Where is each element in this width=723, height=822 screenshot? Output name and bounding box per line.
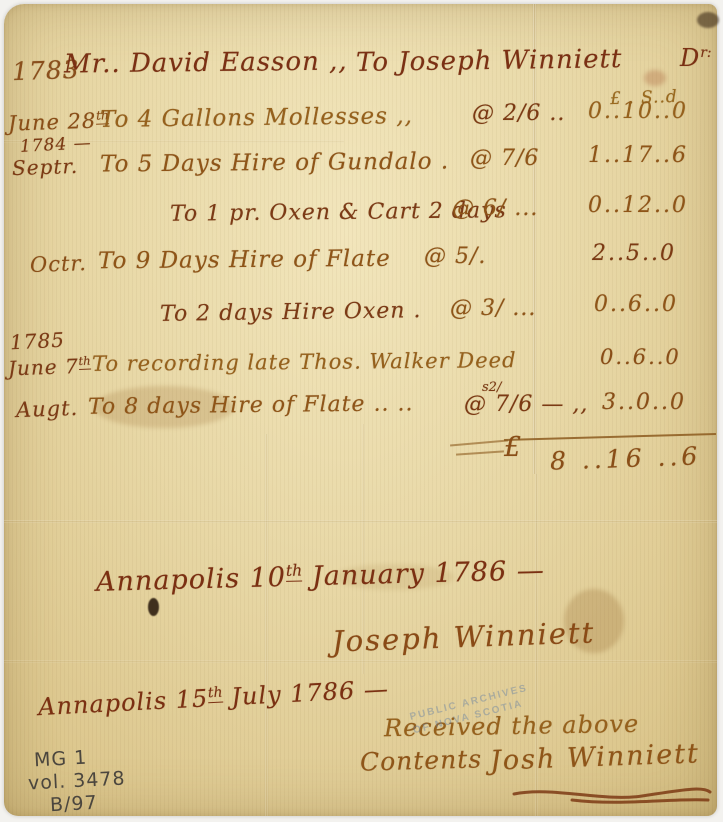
- entry-date: June 28th: [8, 108, 110, 136]
- document-paper: 1783 Mr.. David Easson ,, To Joseph Winn…: [4, 4, 717, 816]
- entry-amount: 3..0..0: [602, 390, 686, 415]
- total-amount: 8 ..16 ..6: [550, 441, 702, 475]
- total-dash: [456, 450, 504, 455]
- entry-desc: To 8 days Hire of Flate .. ..: [88, 391, 414, 419]
- archival-ref-volume: vol. 3478: [27, 767, 126, 794]
- entry-rate: @ 2/6 ..: [472, 101, 565, 126]
- entry-rate: @ 6/ ...: [452, 196, 538, 221]
- signature-josh-winniett: Josh Winniett: [490, 738, 701, 776]
- entry-rate: @ 7/6: [470, 146, 539, 171]
- entry-year: 1785: [9, 328, 65, 355]
- entry-year: 1784 —: [20, 133, 93, 157]
- entry-desc: To 5 Days Hire of Gundalo .: [100, 148, 449, 177]
- debtor-name: Mr.. David Easson ,,: [64, 47, 348, 80]
- dateline-july-1786: Annapolis 15th July 1786 —: [38, 675, 390, 721]
- corner-mark: [697, 12, 719, 28]
- dr-abbrev: Dr:: [680, 44, 712, 72]
- stain: [644, 70, 666, 86]
- archival-ref-collection: MG 1: [33, 747, 87, 772]
- entry-desc: To 2 days Hire Oxen .: [160, 298, 422, 327]
- entry-month: Septr.: [12, 154, 79, 180]
- entry-month: Octr.: [30, 251, 88, 277]
- contents-text: Contents: [360, 744, 483, 776]
- entry-amount: 0..6..0: [600, 345, 681, 369]
- total-rule: [504, 433, 716, 441]
- entry-amount: 2..5..0: [592, 241, 676, 266]
- entry-amount: 1..17..6: [588, 143, 688, 168]
- entry-date: June 7th: [8, 354, 92, 381]
- ink-blob: [148, 598, 159, 616]
- entry-amount: 0..6..0: [594, 292, 678, 317]
- entry-amount: 0..12..0: [588, 193, 688, 218]
- total-dash: [450, 439, 508, 446]
- archival-ref-item: B/97: [49, 792, 98, 816]
- entry-desc: To recording late Thos. Walker Deed: [92, 348, 517, 376]
- fold-crease-horizontal: [4, 520, 717, 523]
- entry-rate: @ 3/ ...: [450, 296, 536, 321]
- rate-correction: s2/: [482, 380, 501, 395]
- entry-rate: @ 5/.: [424, 244, 486, 269]
- creditor-name: To Joseph Winniett: [356, 44, 623, 78]
- entry-month: Augt.: [16, 396, 79, 422]
- signature-flourish: [512, 780, 712, 806]
- entry-desc: To 4 Gallons Mollesses ,,: [100, 103, 413, 133]
- dateline-january-1786: Annapolis 10th January 1786 —: [96, 554, 545, 598]
- total-pound-sign: £: [504, 432, 522, 463]
- entry-desc: To 9 Days Hire of Flate: [98, 246, 391, 275]
- entry-amount: 0..10..0: [588, 99, 688, 124]
- signature-joseph-winniett: Joseph Winniett: [331, 615, 595, 658]
- scan-background: { "ledger": { "year": "1783", "debtor": …: [0, 0, 723, 822]
- fold-crease-horizontal: [4, 660, 717, 663]
- entry-rate: s2/ @ 7/6 — ,,: [464, 392, 588, 417]
- fold-crease-vertical: [265, 434, 268, 816]
